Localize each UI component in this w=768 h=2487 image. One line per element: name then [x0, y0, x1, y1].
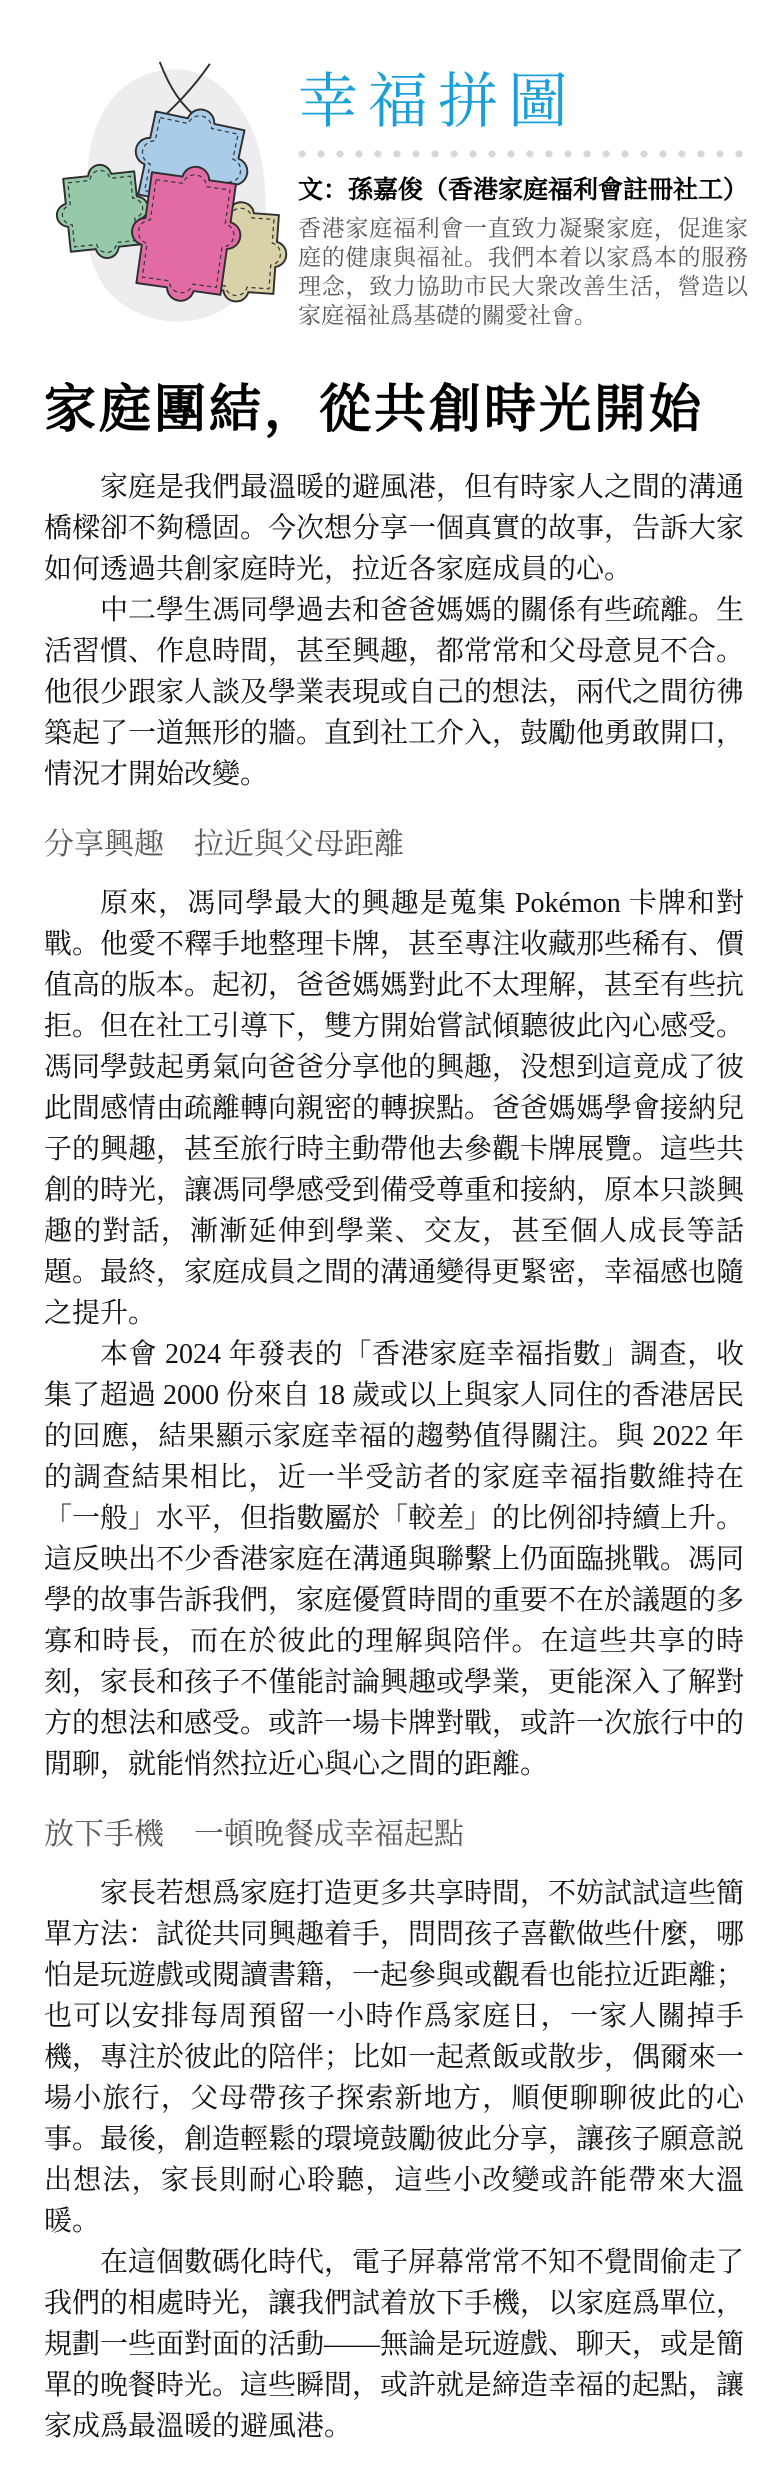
column-title: 幸福拼圖 [298, 70, 748, 134]
puzzle-pieces-illustration [44, 60, 289, 330]
paragraph: 中二學生馮同學過去和爸爸媽媽的關係有些疏離。生活習慣、作息時間，甚至興趣，都常常… [44, 590, 744, 795]
paragraph: 家庭是我們最溫暖的避風港，但有時家人之間的溝通橋樑卻不夠穩固。今次想分享一個真實… [44, 467, 744, 590]
paragraph: 原來，馮同學最大的興趣是蒐集 Pokémon 卡牌和對戰。他愛不釋手地整理卡牌，… [44, 883, 744, 1334]
paragraph: 本會 2024 年發表的「香港家庭幸福指數」調查，收集了超過 2000 份來自 … [44, 1334, 744, 1785]
masthead: 幸福拼圖 文：孫嘉俊（香港家庭福利會註冊社工） 香港家庭福利會一直致力凝聚家庭，… [44, 52, 744, 335]
article-page: 幸福拼圖 文：孫嘉俊（香港家庭福利會註冊社工） 香港家庭福利會一直致力凝聚家庭，… [0, 0, 768, 2487]
article-body: 家庭團結，從共創時光開始 家庭是我們最溫暖的避風港，但有時家人之間的溝通橋樑卻不… [44, 381, 744, 2447]
byline: 文：孫嘉俊（香港家庭福利會註冊社工） [298, 176, 748, 206]
subheading-share-interests: 分享興趣 拉近與父母距離 [44, 827, 744, 863]
organisation-intro: 香港家庭福利會一直致力凝聚家庭，促進家庭的健康與福祉。我們本着以家爲本的服務理念… [298, 214, 748, 330]
paragraph: 在這個數碼化時代，電子屏幕常常不知不覺間偷走了我們的相處時光，讓我們試着放下手機… [44, 2242, 744, 2447]
paragraph: 家長若想爲家庭打造更多共享時間，不妨試試這些簡單方法：試從共同興趣着手，問問孩子… [44, 1873, 744, 2242]
masthead-text: 幸福拼圖 文：孫嘉俊（香港家庭福利會註冊社工） 香港家庭福利會一直致力凝聚家庭，… [294, 52, 748, 330]
subheading-put-down-phone: 放下手機 一頓晚餐成幸福起點 [44, 1817, 744, 1853]
article-headline: 家庭團結，從共創時光開始 [44, 381, 744, 441]
dotted-separator [298, 150, 748, 158]
puzzle-illustration [44, 60, 294, 335]
